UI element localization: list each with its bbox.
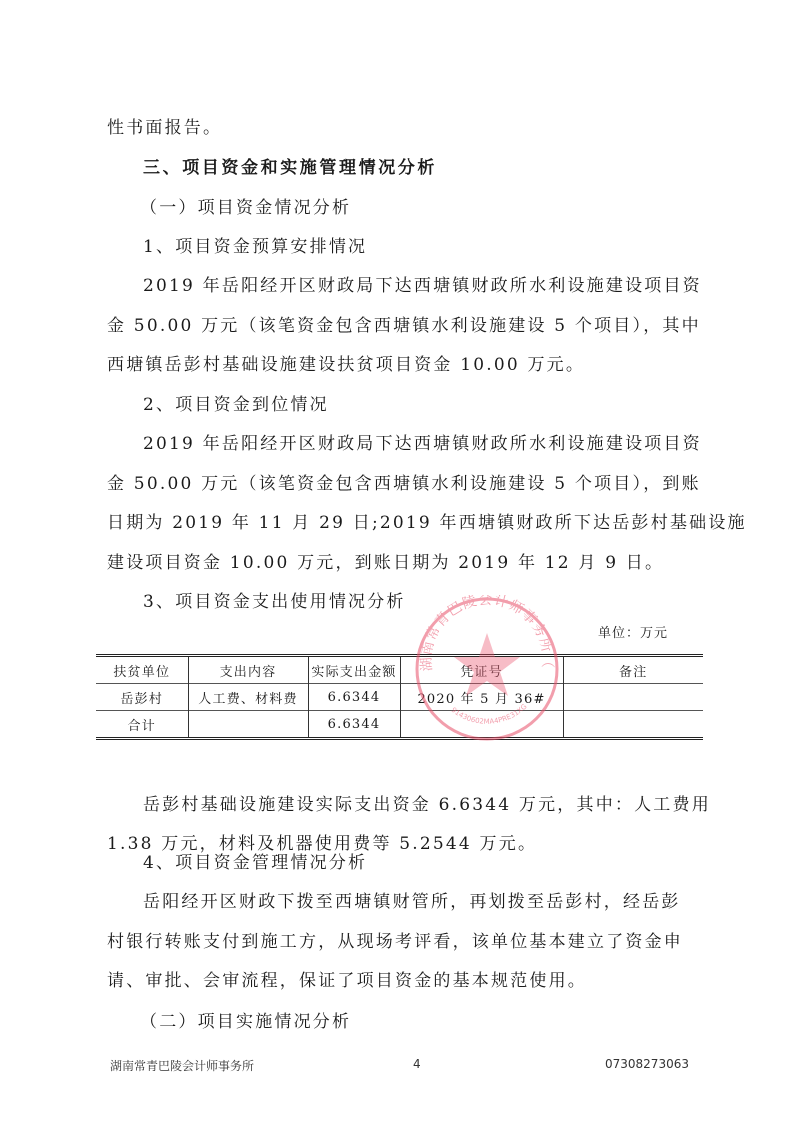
paragraph-line: 金 50.00 万元（该笔资金包含西塘镇水利设施建设 5 个项目），到账	[107, 474, 701, 494]
table-header-row: 扶贫单位 支出内容 实际支出金额 凭证号 备注	[96, 656, 703, 684]
footer-phone: 07308273063	[605, 1057, 689, 1071]
paragraph-continuation: 性书面报告。	[107, 118, 222, 138]
paragraph-line: 岳彭村基础设施建设实际支出资金 6.6344 万元，其中：人工费用	[143, 795, 711, 815]
header-unit: 扶贫单位	[96, 656, 188, 684]
header-remark: 备注	[563, 656, 703, 684]
cell-total-label: 合计	[96, 711, 188, 739]
paragraph-line: 村银行转账支付到施工方，从现场考评看，该单位基本建立了资金申	[107, 932, 683, 952]
section-heading-3: 三、项目资金和实施管理情况分析	[143, 158, 437, 178]
cell-total-amount: 6.6344	[308, 711, 400, 739]
cell-voucher: 2020 年 5 月 36#	[400, 684, 563, 711]
header-content: 支出内容	[188, 656, 308, 684]
header-amount: 实际支出金额	[308, 656, 400, 684]
footer-page-number: 4	[413, 1057, 421, 1071]
expenditure-table: 扶贫单位 支出内容 实际支出金额 凭证号 备注 岳彭村 人工费、材料费 6.63…	[96, 654, 703, 740]
paragraph-line: 日期为 2019 年 11 月 29 日;2019 年西塘镇财政所下达岳彭村基础…	[107, 513, 747, 533]
item-heading-3: 3、项目资金支出使用情况分析	[143, 592, 406, 612]
paragraph-line: 西塘镇岳彭村基础设施建设扶贫项目资金 10.00 万元。	[107, 355, 585, 375]
paragraph-line: 岳阳经开区财政下拨至西塘镇财管所，再划拨至岳彭村，经岳彭	[143, 892, 681, 912]
cell-unit: 岳彭村	[96, 684, 188, 711]
subsection-heading-2: （二）项目实施情况分析	[140, 1012, 351, 1032]
table-row: 岳彭村 人工费、材料费 6.6344 2020 年 5 月 36#	[96, 684, 703, 711]
item-heading-2: 2、项目资金到位情况	[143, 395, 329, 415]
footer-firm: 湖南常青巴陵会计师事务所	[110, 1057, 254, 1074]
cell-content: 人工费、材料费	[188, 684, 308, 711]
paragraph-line: 1.38 万元，材料及机器使用费等 5.2544 万元。	[107, 834, 537, 854]
paragraph-line: 请、审批、会审流程，保证了项目资金的基本规范使用。	[107, 971, 587, 991]
unit-label: 单位：万元	[598, 622, 668, 641]
subsection-heading-1: （一）项目资金情况分析	[140, 198, 351, 218]
cell-remark	[563, 711, 703, 739]
paragraph-line: 金 50.00 万元（该笔资金包含西塘镇水利设施建设 5 个项目），其中	[107, 316, 701, 336]
item-heading-4: 4、项目资金管理情况分析	[143, 853, 367, 873]
item-heading-1: 1、项目资金预算安排情况	[143, 237, 367, 257]
paragraph-line: 2019 年岳阳经开区财政局下达西塘镇财政所水利设施建设项目资	[143, 276, 702, 296]
header-voucher: 凭证号	[400, 656, 563, 684]
table-total-row: 合计 6.6344	[96, 711, 703, 739]
cell-voucher	[400, 711, 563, 739]
paragraph-line: 建设项目资金 10.00 万元，到账日期为 2019 年 12 月 9 日。	[107, 553, 664, 573]
cell-remark	[563, 684, 703, 711]
cell-content	[188, 711, 308, 739]
paragraph-line: 2019 年岳阳经开区财政局下达西塘镇财政所水利设施建设项目资	[143, 434, 702, 454]
cell-amount: 6.6344	[308, 684, 400, 711]
